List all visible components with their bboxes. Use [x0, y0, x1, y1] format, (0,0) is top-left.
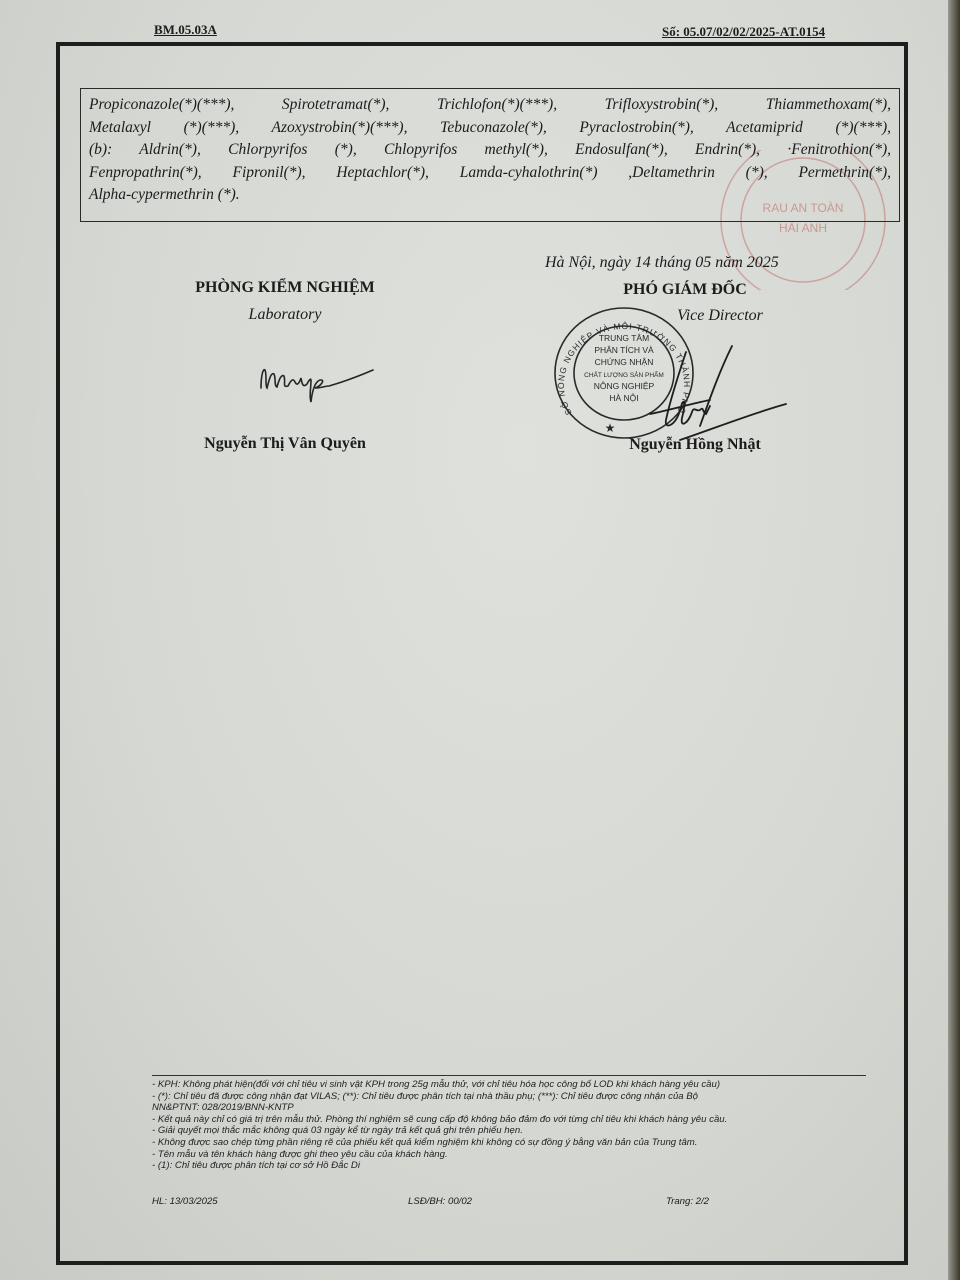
- notes-divider: [152, 1075, 866, 1076]
- note-line: NN&PTNT: 028/2019/BNN-KNTP: [152, 1102, 866, 1114]
- analytes-line: (b): Aldrin(*), Chlorpyrifos (*), Chlopy…: [89, 139, 891, 162]
- note-line: - (1): Chỉ tiêu được phân tích tại cơ sở…: [152, 1160, 866, 1172]
- issue-date: HL: 13/03/2025: [152, 1196, 218, 1207]
- analytes-line: Fenpropathrin(*), Fipronil(*), Heptachlo…: [89, 162, 891, 185]
- background-edge: [948, 0, 960, 1280]
- document-number: Số: 05.07/02/02/2025-AT.0154: [662, 24, 825, 40]
- left-signer-name: Nguyễn Thị Vân Quyên: [160, 435, 410, 453]
- form-code: BM.05.03A: [154, 22, 217, 38]
- signature-left-icon: [255, 358, 380, 406]
- red-stamp-line-2: HẢI ANH: [779, 220, 827, 235]
- note-line: - Giải quyết mọi thắc mắc không quá 03 n…: [152, 1125, 866, 1137]
- note-line: - Không được sao chép từng phần riêng rẽ…: [152, 1137, 866, 1149]
- note-line: - Tên mẫu và tên khách hàng được ghi the…: [152, 1149, 866, 1161]
- stamp-inner-line: HÀ NỘI: [609, 393, 638, 403]
- left-role: PHÒNG KIỂM NGHIỆM: [160, 279, 410, 297]
- right-role: PHÓ GIÁM ĐỐC: [545, 281, 825, 299]
- note-line: - (*): Chỉ tiêu đã được công nhận đạt VI…: [152, 1091, 866, 1103]
- analytes-line: Alpha-cypermethrin (*).: [89, 184, 891, 207]
- signature-right-icon: [640, 340, 790, 450]
- notes-section: - KPH: Không phát hiện(đối với chỉ tiêu …: [152, 1079, 866, 1172]
- svg-text:★: ★: [605, 421, 616, 435]
- right-signer-name: Nguyễn Hồng Nhật: [555, 436, 835, 454]
- analytes-box: Propiconazole(*)(***), Spirotetramat(*),…: [80, 88, 900, 222]
- page-number: Trang: 2/2: [666, 1196, 709, 1207]
- analytes-line: Metalaxyl (*)(***), Azoxystrobin(*)(***)…: [89, 117, 891, 140]
- analytes-line: Propiconazole(*)(***), Spirotetramat(*),…: [89, 94, 891, 117]
- left-role-en: Laboratory: [160, 306, 410, 324]
- revision: LSĐ/BH: 00/02: [408, 1196, 472, 1207]
- note-line: - Kết quả này chỉ có giá trị trên mẫu th…: [152, 1114, 866, 1126]
- note-line: - KPH: Không phát hiện(đối với chỉ tiêu …: [152, 1079, 866, 1091]
- date-line: Hà Nội, ngày 14 tháng 05 năm 2025: [545, 254, 779, 272]
